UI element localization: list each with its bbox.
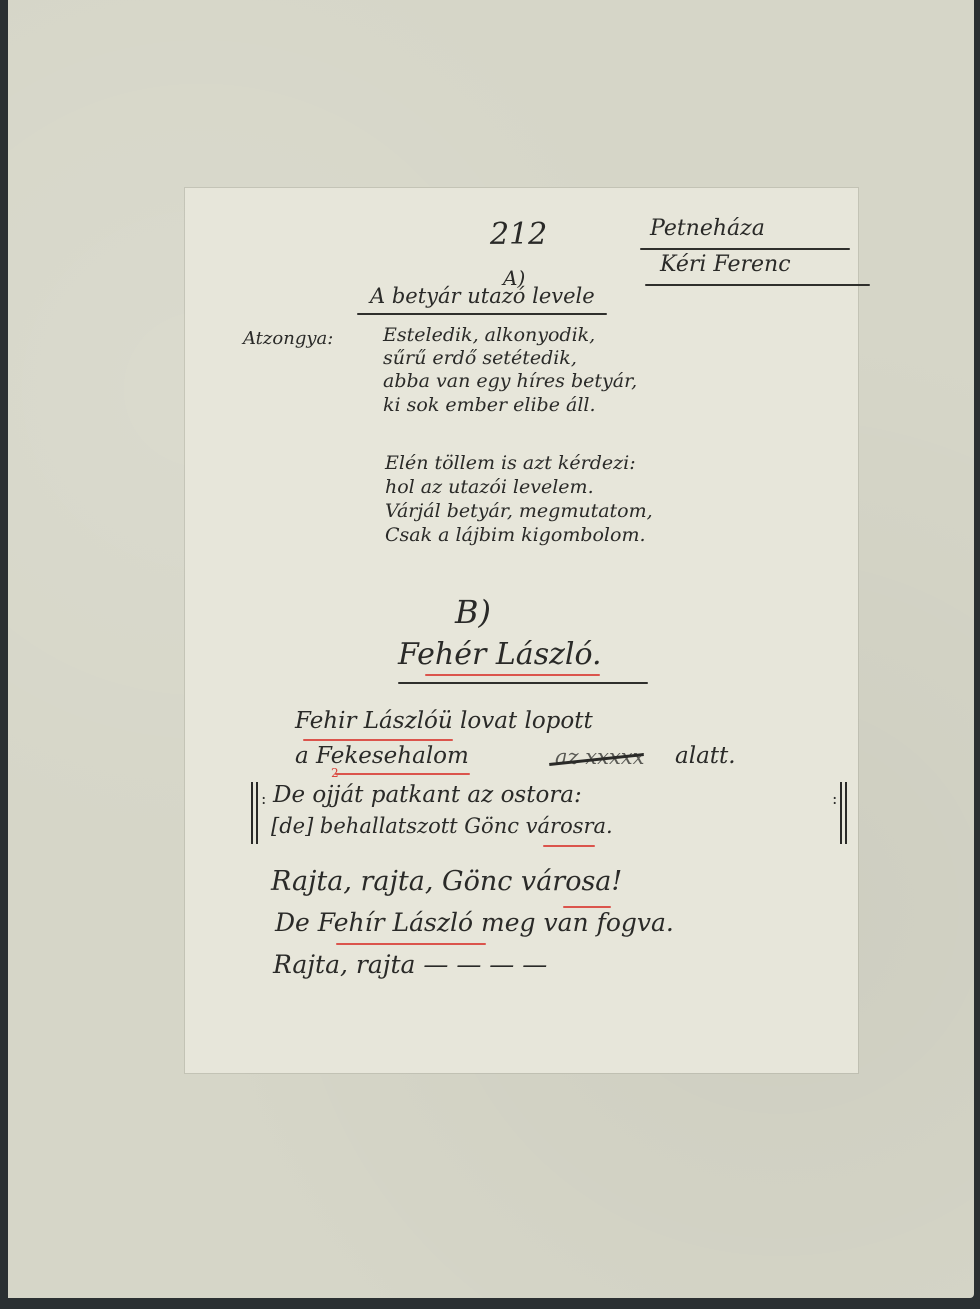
section-b-label: B): [455, 596, 491, 628]
location-underline: [640, 248, 850, 250]
stanza-a2-line-1: Elén töllem is azt kérdezi:: [385, 454, 636, 473]
red-underline-fekesehalom: [335, 773, 470, 775]
red-underline-gonc-1: [543, 845, 595, 847]
location: Petneháza: [650, 218, 765, 240]
stanza-a2-line-2: hol az utazói levelem.: [385, 478, 594, 497]
stanza-b2-line-2: De Fehír László meg van fogva.: [275, 910, 674, 935]
stanza-b1-line-2: a Fekesehalom: [295, 745, 469, 768]
melody-label: Atzongya:: [243, 330, 333, 348]
section-a-title: A betyár utazó levele: [370, 286, 595, 307]
stanza-a1-line-3: abba van egy híres betyár,: [383, 372, 637, 391]
stanza-b1-line-3: De ojját patkant az ostora:: [273, 784, 582, 807]
repeat-bar-left-2: [256, 782, 258, 844]
section-b-title-red-underline: [425, 674, 600, 676]
stanza-b2-line-3: Rajta, rajta — — — —: [273, 952, 547, 977]
stanza-a2-line-4: Csak a lájbim kigombolom.: [385, 526, 646, 545]
stanza-b1-line-2-end: alatt.: [675, 745, 736, 768]
repeat-bar-left-1: [251, 782, 253, 844]
section-b-title: Fehér László.: [398, 640, 602, 670]
repeat-dots-right: :: [832, 794, 837, 804]
stanza-b1-line-1: Fehir Lászlóü lovat lopott: [295, 710, 593, 733]
red-underline-fehir-laszlo: [303, 739, 453, 741]
stanza-a1-line-4: ki sok ember elibe áll.: [383, 396, 596, 415]
repeat-dots-left: :: [261, 794, 266, 804]
red-underline-fehir-laszlo-2: [336, 943, 486, 945]
stanza-a1-line-2: sűrű erdő setétedik,: [383, 349, 577, 368]
stanza-b2-line-1: Rajta, rajta, Gönc városa!: [271, 868, 622, 895]
repeat-bar-right-1: [840, 782, 842, 844]
stanza-a2-line-3: Várjál betyár, megmutatom,: [385, 502, 653, 521]
informant-underline: [645, 284, 870, 286]
stanza-b1-line-4: [de] behallatszott Gönc városra.: [271, 816, 613, 837]
page-number: 212: [490, 220, 547, 250]
section-b-title-underline: [398, 682, 648, 684]
repeat-bar-right-2: [845, 782, 847, 844]
stanza-a1-line-1: Esteledik, alkonyodik,: [383, 326, 595, 345]
manuscript-page: 212 Petneháza Kéri Ferenc A) A betyár ut…: [185, 188, 858, 1073]
section-a-title-underline: [357, 313, 607, 315]
informant: Kéri Ferenc: [660, 254, 791, 276]
